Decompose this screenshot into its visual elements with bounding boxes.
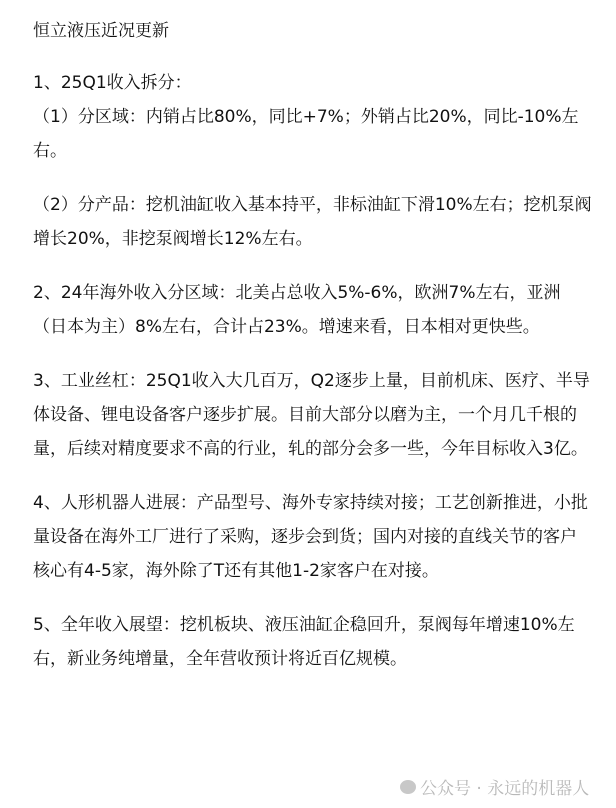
watermark: 公众号 · 永远的机器人 — [400, 774, 589, 799]
section-1-product-paragraph: （2）分产品：挖机油缸收入基本持平，非标油缸下滑10%左右；挖机泵阀增长20%，… — [33, 188, 593, 256]
document-body: 恒立液压近况更新 1、25Q1收入拆分： （1）分区域：内销占比80%，同比+7… — [33, 14, 593, 696]
section-4-paragraph: 4、人形机器人进展：产品型号、海外专家持续对接；工艺创新推进，小批量设备在海外工… — [33, 486, 593, 588]
section-5-paragraph: 5、全年收入展望：挖机板块、液压油缸企稳回升，泵阀每年增速10%左右，新业务纯增… — [33, 608, 593, 676]
section-1-heading: 1、25Q1收入拆分： — [33, 66, 593, 100]
document-title: 恒立液压近况更新 — [33, 14, 593, 48]
section-1-region-paragraph: （1）分区域：内销占比80%，同比+7%；外销占比20%，同比-10%左右。 — [33, 100, 593, 168]
watermark-text: 公众号 · 永远的机器人 — [420, 774, 589, 799]
wechat-icon — [400, 780, 416, 794]
section-2-paragraph: 2、24年海外收入分区域：北美占总收入5%-6%，欧洲7%左右，亚洲（日本为主）… — [33, 276, 593, 344]
section-3-paragraph: 3、工业丝杠：25Q1收入大几百万，Q2逐步上量，目前机床、医疗、半导体设备、锂… — [33, 364, 593, 466]
